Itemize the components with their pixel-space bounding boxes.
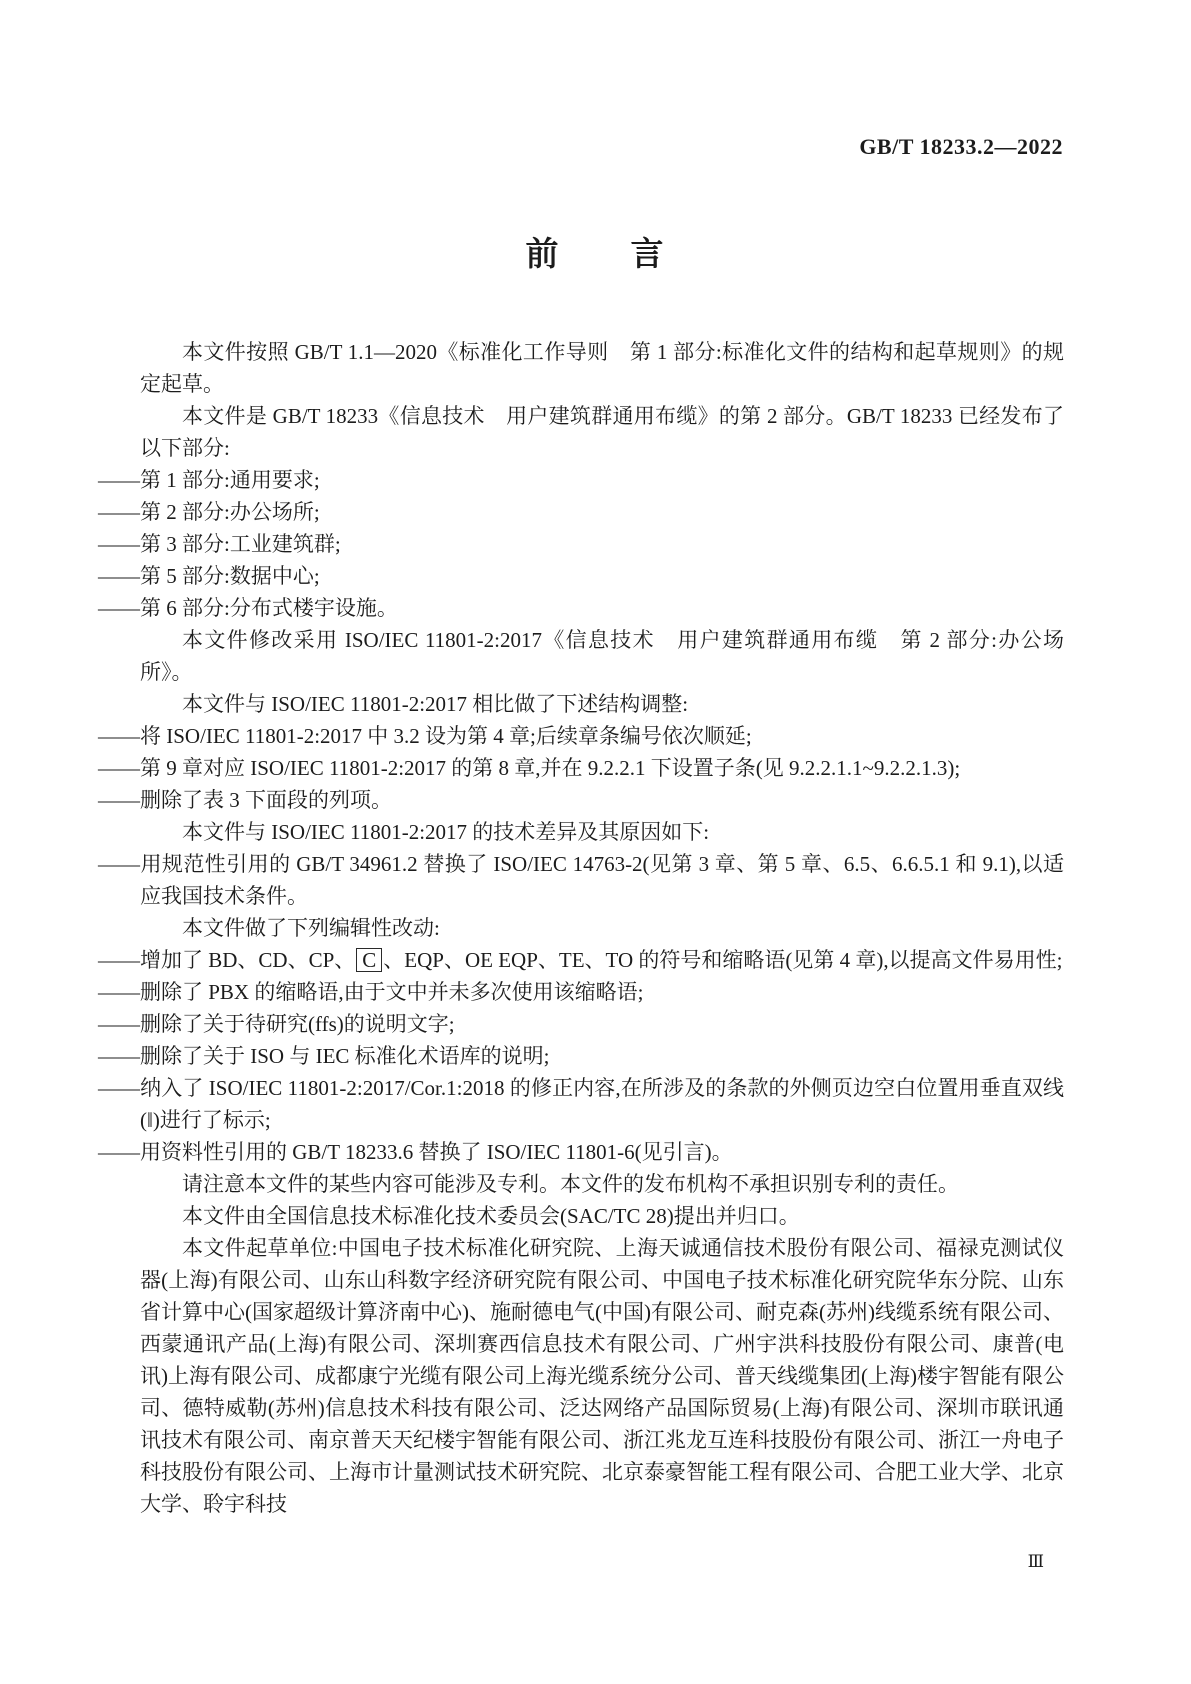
page-number: Ⅲ xyxy=(1028,1552,1045,1572)
abbrev-text-after: 、EQP、OE EQP、TE、TO 的符号和缩略语(见第 4 章),以提高文件易… xyxy=(383,948,1062,972)
list-item-diff-replacement: ——用规范性引用的 GB/T 34961.2 替换了 ISO/IEC 14763… xyxy=(140,848,1064,912)
list-item-informative-ref: ——用资料性引用的 GB/T 18233.6 替换了 ISO/IEC 11801… xyxy=(140,1136,1064,1168)
para-series-intro: 本文件是 GB/T 18233《信息技术 用户建筑群通用布缆》的第 2 部分。G… xyxy=(140,400,1064,464)
para-editorial-changes: 本文件做了下列编辑性改动: xyxy=(140,912,1064,944)
para-drafting-basis: 本文件按照 GB/T 1.1—2020《标准化工作导则 第 1 部分:标准化文件… xyxy=(140,336,1064,400)
list-item-adjust-table-3: ——删除了表 3 下面段的列项。 xyxy=(140,784,1064,816)
page-title: 前 言 xyxy=(0,228,1191,275)
para-committee: 本文件由全国信息技术标准化技术委员会(SAC/TC 28)提出并归口。 xyxy=(140,1200,1064,1232)
para-drafting-organizations: 本文件起草单位:中国电子技术标准化研究院、上海天诚通信技术股份有限公司、福禄克测… xyxy=(140,1232,1064,1520)
boxed-c-symbol: C xyxy=(356,948,382,972)
list-item-part-6: ——第 6 部分:分布式楼宇设施。 xyxy=(140,592,1064,624)
list-item-adjust-clause-number: ——将 ISO/IEC 11801-2:2017 中 3.2 设为第 4 章;后… xyxy=(140,720,1064,752)
list-item-corrigendum: ——纳入了 ISO/IEC 11801-2:2017/Cor.1:2018 的修… xyxy=(140,1072,1064,1136)
list-item-part-1: ——第 1 部分:通用要求; xyxy=(140,464,1064,496)
para-adopted-standard: 本文件修改采用 ISO/IEC 11801-2:2017《信息技术 用户建筑群通… xyxy=(140,624,1064,688)
document-page: GB/T 18233.2—2022 前 言 本文件按照 GB/T 1.1—202… xyxy=(0,0,1191,1684)
list-item-part-3: ——第 3 部分:工业建筑群; xyxy=(140,528,1064,560)
list-item-removed-pbx: ——删除了 PBX 的缩略语,由于文中并未多次使用该缩略语; xyxy=(140,976,1064,1008)
foreword-body: 本文件按照 GB/T 1.1—2020《标准化工作导则 第 1 部分:标准化文件… xyxy=(140,336,1064,1520)
list-item-added-abbreviations: ——增加了 BD、CD、CP、C、EQP、OE EQP、TE、TO 的符号和缩略… xyxy=(140,944,1064,976)
para-technical-differences: 本文件与 ISO/IEC 11801-2:2017 的技术差异及其原因如下: xyxy=(140,816,1064,848)
list-item-adjust-chapter-9: ——第 9 章对应 ISO/IEC 11801-2:2017 的第 8 章,并在… xyxy=(140,752,1064,784)
list-item-removed-ffs: ——删除了关于待研究(ffs)的说明文字; xyxy=(140,1008,1064,1040)
abbrev-text-before: ——增加了 BD、CD、CP、 xyxy=(98,948,355,972)
para-structure-adjustments: 本文件与 ISO/IEC 11801-2:2017 相比做了下述结构调整: xyxy=(140,688,1064,720)
standard-number-header: GB/T 18233.2—2022 xyxy=(859,134,1063,160)
list-item-part-5: ——第 5 部分:数据中心; xyxy=(140,560,1064,592)
list-item-part-2: ——第 2 部分:办公场所; xyxy=(140,496,1064,528)
para-patent-notice: 请注意本文件的某些内容可能涉及专利。本文件的发布机构不承担识别专利的责任。 xyxy=(140,1168,1064,1200)
list-item-removed-termbase: ——删除了关于 ISO 与 IEC 标准化术语库的说明; xyxy=(140,1040,1064,1072)
